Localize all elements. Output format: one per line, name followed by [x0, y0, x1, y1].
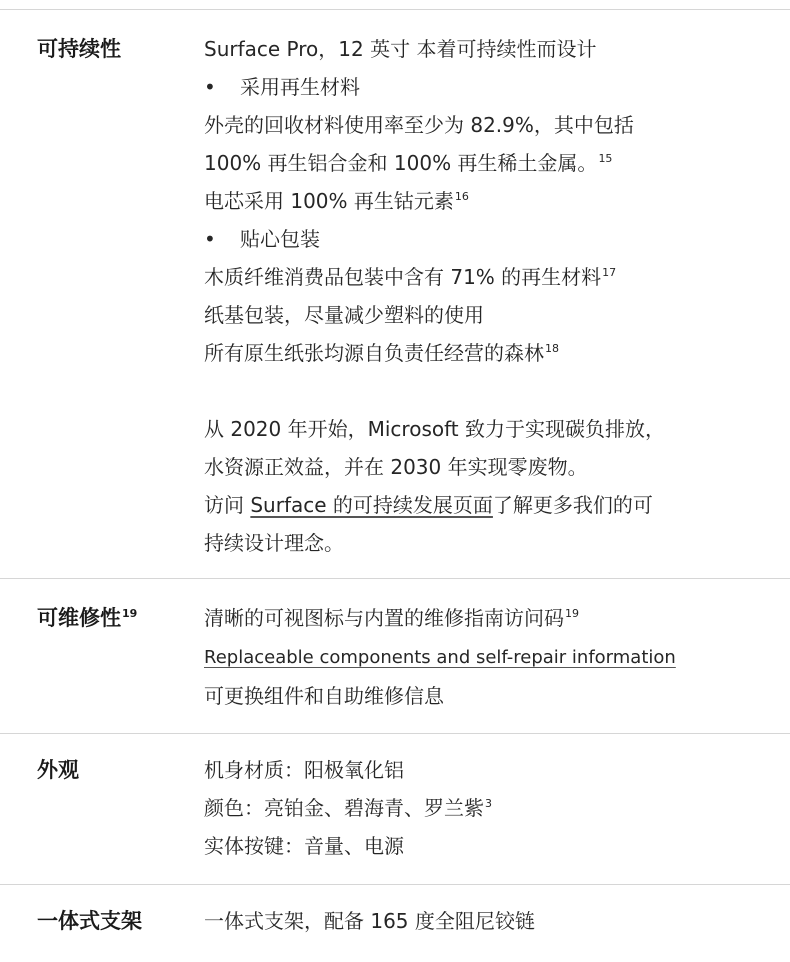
footnote-ref[interactable]: 15	[598, 152, 612, 165]
divider	[0, 884, 790, 885]
text-line: 持续设计理念。	[204, 524, 665, 562]
footnote-ref[interactable]: 3	[485, 797, 492, 810]
bullet-icon: •	[204, 68, 240, 106]
footnote-ref[interactable]: 19	[565, 607, 579, 620]
row-label: 一体式支架	[37, 902, 142, 940]
text-line: Surface Pro，12 英寸 本着可持续性而设计	[204, 30, 665, 68]
divider	[0, 578, 790, 579]
text-line: 机身材质：阳极氧化铝	[204, 751, 492, 789]
text-line: Replaceable components and self-repair i…	[204, 637, 676, 677]
text-line: 清晰的可视图标与内置的维修指南访问码19	[204, 599, 676, 637]
text-line: 外壳的回收材料使用率至少为 82.9%，其中包括	[204, 106, 665, 144]
text-line: 实体按键：音量、电源	[204, 827, 492, 865]
row-content: 清晰的可视图标与内置的维修指南访问码19 Replaceable compone…	[204, 599, 676, 715]
text-line: 可更换组件和自助维修信息	[204, 677, 676, 715]
footnote-ref[interactable]: 16	[455, 190, 469, 203]
footnote-ref[interactable]: 17	[602, 266, 616, 279]
footnote-ref[interactable]: 18	[545, 342, 559, 355]
text-line: 从 2020 年开始，Microsoft 致力于实现碳负排放，	[204, 410, 665, 448]
divider	[0, 733, 790, 734]
bullet-icon: •	[204, 220, 240, 258]
row-content: 一体式支架，配备 165 度全阻尼铰链	[204, 902, 535, 940]
text-line: 访问 Surface 的可持续发展页面了解更多我们的可	[204, 486, 665, 524]
row-label: 外观	[37, 751, 79, 789]
text-line: 100% 再生铝合金和 100% 再生稀土金属。15	[204, 144, 665, 182]
text-line: 纸基包装，尽量减少塑料的使用	[204, 296, 665, 334]
text-line: 一体式支架，配备 165 度全阻尼铰链	[204, 902, 535, 940]
row-content: Surface Pro，12 英寸 本着可持续性而设计 •采用再生材料 外壳的回…	[204, 30, 665, 562]
text-line: 水资源正效益，并在 2030 年实现零废物。	[204, 448, 665, 486]
text-line: 颜色：亮铂金、碧海青、罗兰紫3	[204, 789, 492, 827]
bullet-item: •采用再生材料	[204, 68, 665, 106]
sustainability-page-link[interactable]: Surface 的可持续发展页面	[250, 493, 493, 517]
text-line: 电芯采用 100% 再生钴元素16	[204, 182, 665, 220]
text-line: 木质纤维消费品包装中含有 71% 的再生材料17	[204, 258, 665, 296]
row-content: 机身材质：阳极氧化铝 颜色：亮铂金、碧海青、罗兰紫3 实体按键：音量、电源	[204, 751, 492, 865]
bullet-item: •贴心包装	[204, 220, 665, 258]
row-label: 可维修性19	[37, 599, 137, 637]
self-repair-link[interactable]: Replaceable components and self-repair i…	[204, 647, 676, 668]
footnote-ref[interactable]: 19	[122, 607, 137, 620]
divider	[0, 9, 790, 10]
row-label: 可持续性	[37, 30, 121, 68]
text-line: 所有原生纸张均源自负责任经营的森林18	[204, 334, 665, 372]
